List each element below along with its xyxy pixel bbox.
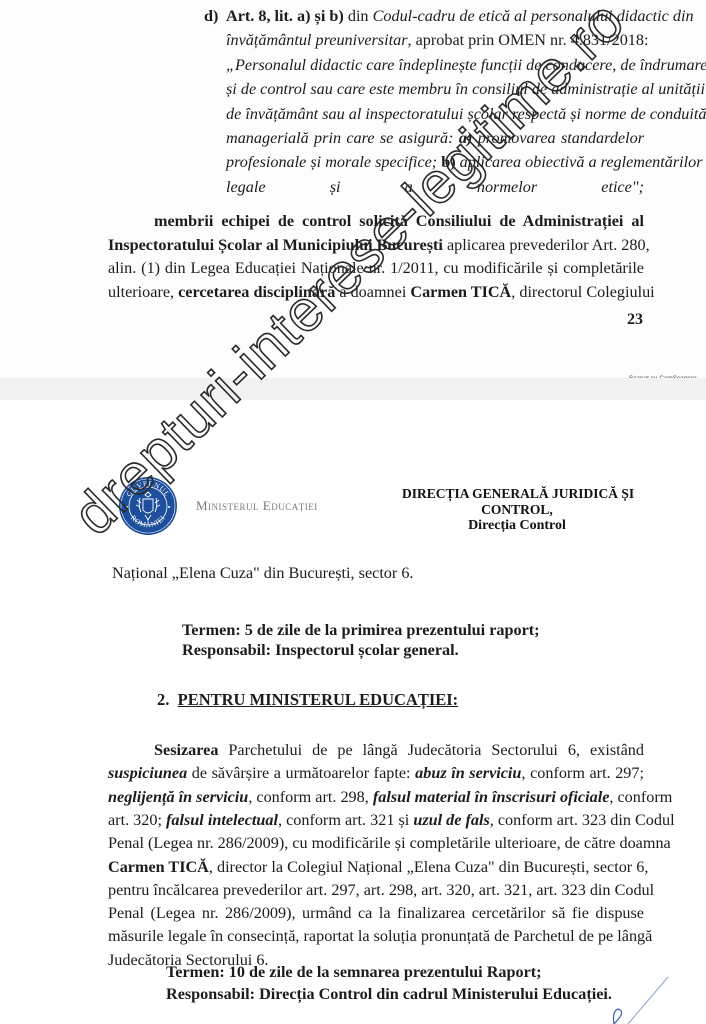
- document-page-23: d) Art. 8, lit. a) și b) din Codul-cadru…: [0, 0, 706, 378]
- text-line: de învățământ sau al inspectoratului șco…: [226, 104, 644, 124]
- signature-mark: [600, 975, 670, 1024]
- text-line: Sesizarea Parchetului de pe lângă Judecă…: [154, 740, 644, 760]
- section-number: 2.: [157, 690, 169, 709]
- text-line: pentru încălcarea prevederilor art. 297,…: [108, 880, 644, 900]
- text-line: managerială prin care se asigură: a) pro…: [226, 128, 644, 148]
- responsible-1: Responsabil: Inspectorul școlar general.: [182, 640, 459, 660]
- section-heading: 2. PENTRU MINISTERUL EDUCAȚIEI:: [157, 690, 458, 710]
- text-line: Inspectoratului Școlar al Municipiului B…: [108, 235, 644, 255]
- government-seal-icon: GUVERNUL ROMÂNIEI: [118, 476, 178, 536]
- deadline-2: Termen: 10 de zile de la semnarea prezen…: [166, 962, 542, 982]
- text-line: profesionale și morale specifice; b) apl…: [226, 152, 644, 172]
- text-line: membrii echipei de control solicită Cons…: [154, 211, 644, 231]
- deadline-1: Termen: 5 de zile de la primirea prezent…: [182, 620, 540, 640]
- text-line: Carmen TICĂ, director la Colegiul Națion…: [108, 857, 644, 877]
- text-line: Art. 8, lit. a) și b) din Codul-cadru de…: [226, 6, 644, 26]
- responsible-2: Responsabil: Direcția Control din cadrul…: [166, 984, 612, 1004]
- text-line: alin. (1) din Legea Educației Naționale …: [108, 258, 644, 278]
- text-line: legale și a normelor etice";: [226, 177, 644, 197]
- text-line: art. 320; falsul intelectual, conform ar…: [108, 810, 644, 830]
- text-line: Penal (Legea nr. 286/2009), cu modificăr…: [108, 833, 644, 853]
- text-line: măsurile legale în consecință, raportat …: [108, 926, 644, 946]
- directorate-line-2: CONTROL,: [402, 502, 632, 518]
- text-line: ulterioare, cercetarea disciplinară a do…: [108, 282, 644, 302]
- ministry-name: Ministerul Educației: [196, 498, 318, 514]
- text-line: învățământul preuniversitar, aprobat pri…: [226, 30, 644, 50]
- directorate-line-1: DIRECȚIA GENERALĂ JURIDICĂ ȘI: [402, 486, 632, 502]
- text-line: „Personalul didactic care îndeplinește f…: [226, 55, 644, 75]
- text-line: neglijență în serviciu, conform art. 298…: [108, 787, 644, 807]
- text-line: Penal (Legea nr. 286/2009), urmând ca la…: [108, 903, 644, 923]
- document-page-24: GUVERNUL ROMÂNIEI Ministerul Educației D…: [0, 400, 706, 1024]
- section-title: PENTRU MINISTERUL EDUCAȚIEI:: [178, 690, 459, 709]
- text-line: și de control sau care este membru în co…: [226, 79, 644, 99]
- page-number: 23: [627, 311, 643, 329]
- directorate-line-3: Direcția Control: [402, 518, 632, 534]
- continuation-text: Național „Elena Cuza" din București, sec…: [112, 563, 413, 583]
- text-line: suspiciunea de săvârșire a următoarelor …: [108, 763, 644, 783]
- list-marker-d: d): [204, 6, 218, 26]
- page-break: [0, 378, 706, 400]
- directorate-heading: DIRECȚIA GENERALĂ JURIDICĂ ȘI CONTROL, D…: [402, 486, 632, 534]
